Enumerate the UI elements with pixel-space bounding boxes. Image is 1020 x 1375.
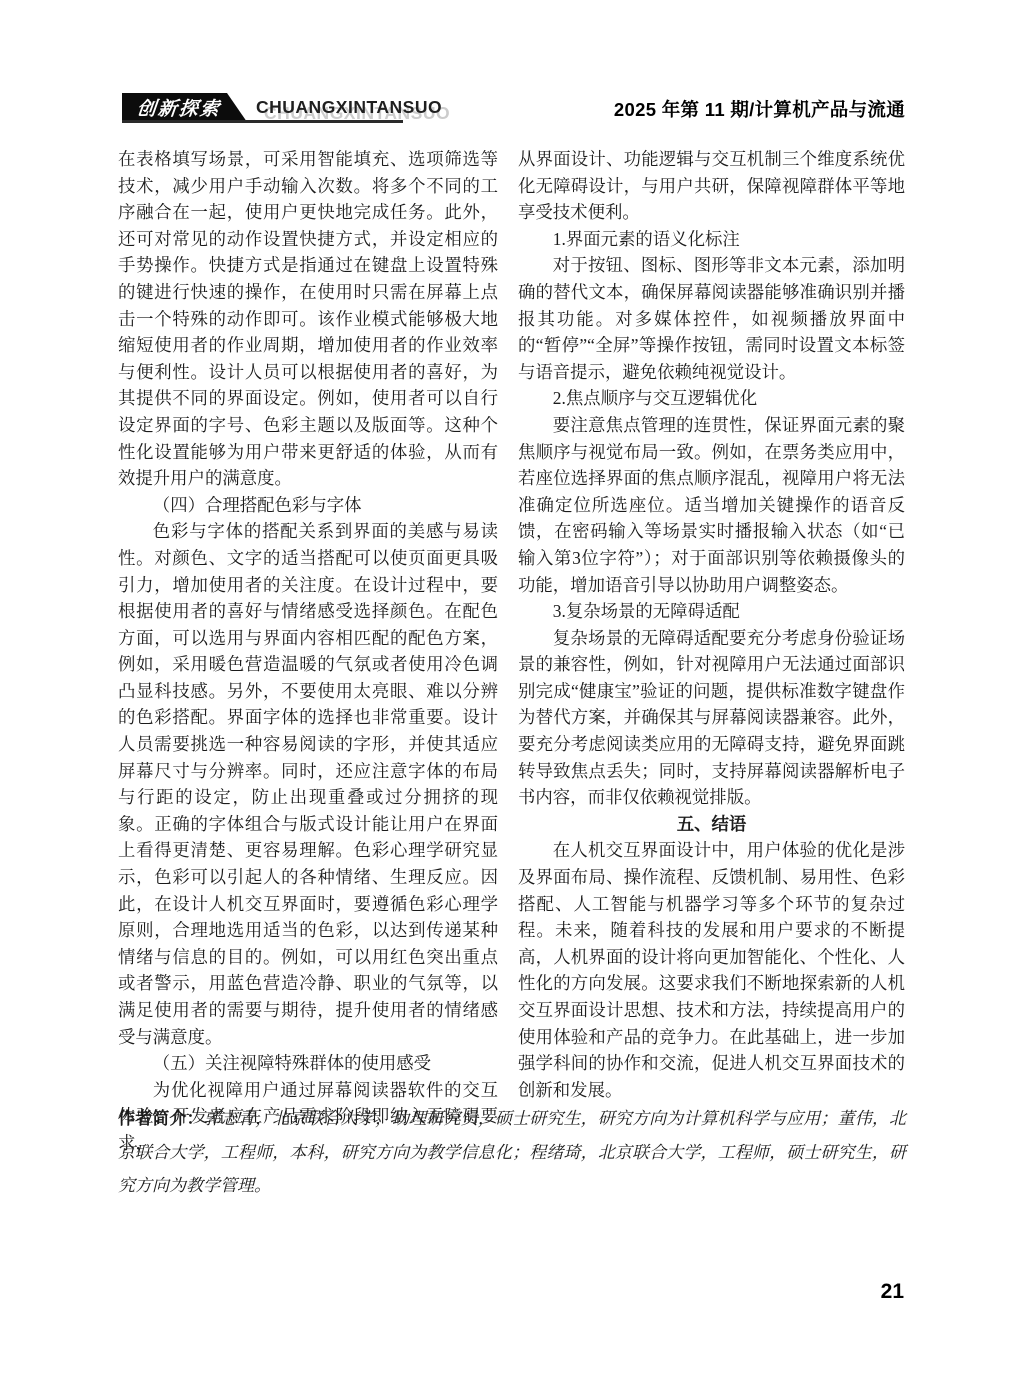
paragraph: 色彩与字体的搭配关系到界面的美感与易读性。对颜色、文字的适当搭配可以使页面更具吸… bbox=[118, 518, 498, 1050]
left-column: 在表格填写场景，可采用智能填充、选项筛选等技术，减少用户手动输入次数。将多个不同… bbox=[118, 146, 498, 1157]
issue-info: 2025 年第 11 期/计算机产品与流通 bbox=[614, 96, 905, 122]
column-name-badge: 创新探索 bbox=[122, 93, 247, 122]
page-number: 21 bbox=[881, 1280, 904, 1304]
author-bio: 作者简介：郭志青，北京联合大学，助理研究员，硕士研究生，研究方向为计算机科学与应… bbox=[118, 1102, 906, 1203]
journal-page: 创新探索 CHUANGXINTANSUO CHUANGXINTANSUO 202… bbox=[0, 0, 1020, 1375]
article-body: 在表格填写场景，可采用智能填充、选项筛选等技术，减少用户手动输入次数。将多个不同… bbox=[118, 146, 905, 1157]
paragraph: 从界面设计、功能逻辑与交互机制三个维度系统优化无障碍设计，与用户共研，保障视障群… bbox=[518, 146, 905, 226]
paragraph: 对于按钮、图标、图形等非文本元素，添加明确的替代文本，确保屏幕阅读器能够准确识别… bbox=[518, 252, 905, 385]
header-underline bbox=[122, 120, 403, 123]
numbered-heading-1: 1.界面元素的语义化标注 bbox=[518, 226, 905, 253]
author-bio-label: 作者简介： bbox=[118, 1109, 204, 1128]
column-name-pinyin-text: CHUANGXINTANSUO bbox=[256, 97, 442, 117]
numbered-heading-3: 3.复杂场景的无障碍适配 bbox=[518, 598, 905, 625]
conclusion-heading: 五、结语 bbox=[518, 811, 905, 838]
subsection-heading-4: （四）合理搭配色彩与字体 bbox=[118, 492, 498, 519]
paragraph: 复杂场景的无障碍适配要充分考虑身份验证场景的兼容性，例如，针对视障用户无法通过面… bbox=[518, 625, 905, 811]
author-bio-text: 郭志青，北京联合大学，助理研究员，硕士研究生，研究方向为计算机科学与应用；董伟，… bbox=[118, 1109, 906, 1195]
column-name-cn: 创新探索 bbox=[136, 94, 223, 121]
paragraph: 在人机交互界面设计中，用户体验的优化是涉及界面布局、操作流程、反馈机制、易用性、… bbox=[518, 837, 905, 1103]
paragraph: 要注意焦点管理的连贯性，保证界面元素的聚焦顺序与视觉布局一致。例如，在票务类应用… bbox=[518, 412, 905, 598]
subsection-heading-5: （五）关注视障特殊群体的使用感受 bbox=[118, 1050, 498, 1077]
column-name-pinyin: CHUANGXINTANSUO CHUANGXINTANSUO bbox=[256, 97, 442, 121]
numbered-heading-2: 2.焦点顺序与交互逻辑优化 bbox=[518, 385, 905, 412]
paragraph: 在表格填写场景，可采用智能填充、选项筛选等技术，减少用户手动输入次数。将多个不同… bbox=[118, 146, 498, 492]
right-column: 从界面设计、功能逻辑与交互机制三个维度系统优化无障碍设计，与用户共研，保障视障群… bbox=[518, 146, 905, 1157]
